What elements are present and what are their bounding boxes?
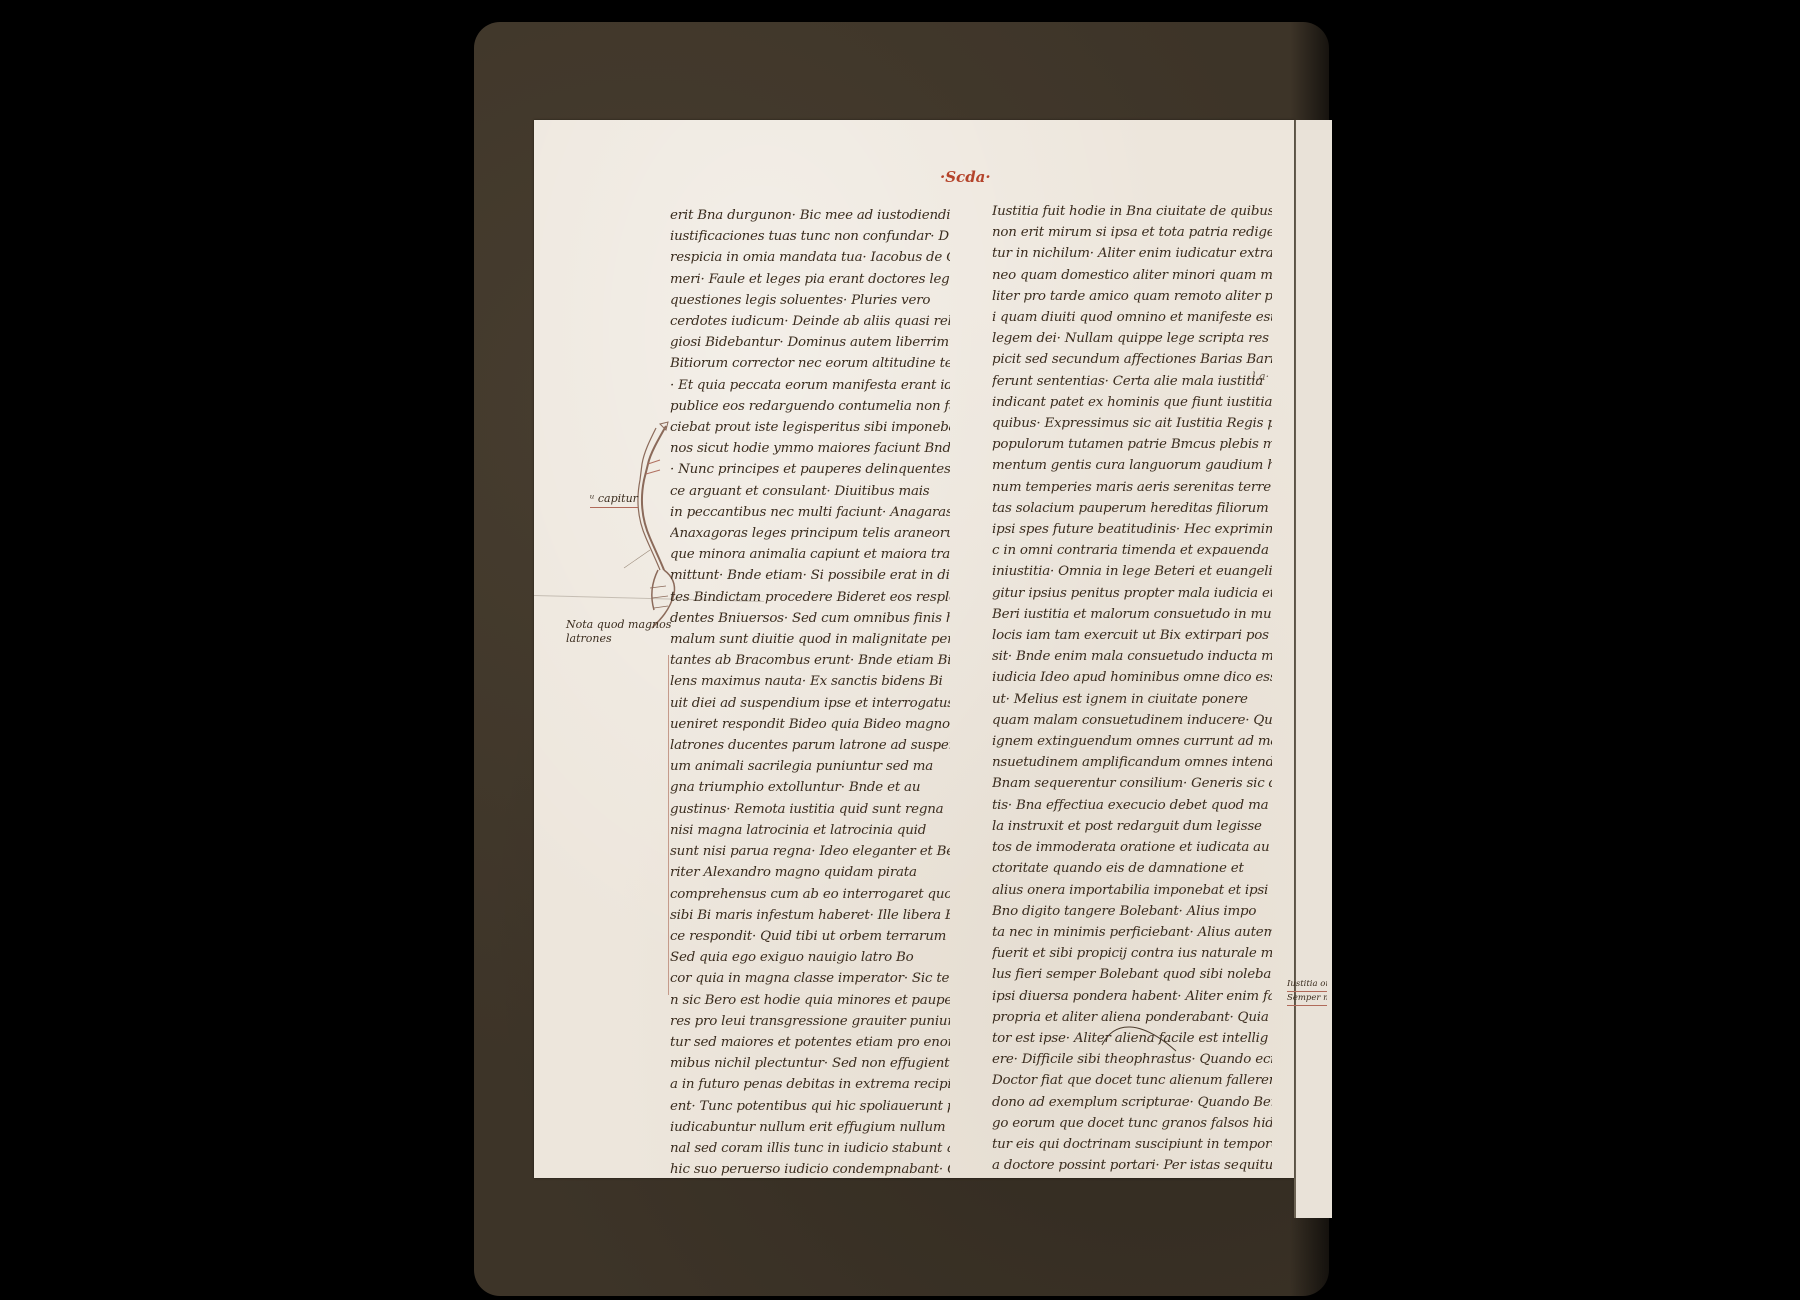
- text-line: ueniret respondit Bideo quia Bideo magno…: [670, 714, 950, 735]
- text-line: hic suo peruerso iudicio condempnabant· …: [670, 1159, 950, 1180]
- text-line: neo quam domestico aliter minori quam ma…: [992, 265, 1272, 286]
- running-head: ·Scda·: [940, 168, 991, 186]
- text-line: latrones ducentes parum latrone ad suspe…: [670, 735, 950, 756]
- text-line: iudicabuntur nullum erit effugium nullum…: [670, 1117, 950, 1138]
- text-line: cerdotes iudicum· Deinde ab aliis quasi …: [670, 311, 950, 332]
- text-line: tantes ab Bracombus erunt· Bnde etiam Bi: [670, 650, 950, 671]
- text-line: Beri iustitia et malorum consuetudo in m…: [992, 604, 1272, 625]
- text-line: malum sunt diuitie quod in malignitate p…: [670, 629, 950, 650]
- text-line: sibi Bi maris infestum haberet· Ille lib…: [670, 905, 950, 926]
- text-line: comprehensus cum ab eo interrogaret quod: [670, 884, 950, 905]
- text-line: tur sed maiores et potentes etiam pro en…: [670, 1032, 950, 1053]
- text-line: tas solacium pauperum hereditas filiorum…: [992, 498, 1272, 519]
- text-line: c in omni contraria timenda et expauenda…: [992, 540, 1272, 561]
- text-line: indicant patet ex hominis que fiunt iust…: [992, 392, 1272, 413]
- text-line: ipsi diuersa pondera habent· Aliter enim…: [992, 986, 1272, 1007]
- text-line: gitur ipsius penitus propter mala iudici…: [992, 583, 1272, 604]
- text-line: Anaxagoras leges principum telis araneor…: [670, 523, 950, 544]
- text-line: quam malam consuetudinem inducere· Quia …: [992, 710, 1272, 731]
- text-line: liter pro tarde amico quam remoto aliter…: [992, 286, 1272, 307]
- text-line: populorum tutamen patrie Bmcus plebis mu…: [992, 434, 1272, 455]
- text-line: nos sicut hodie ymmo maiores faciunt Bnd…: [670, 438, 950, 459]
- text-line: Bno digito tangere Bolebant· Alius impo: [992, 901, 1272, 922]
- text-line: quibus· Expressimus sic ait Iustitia Reg…: [992, 413, 1272, 434]
- text-line: fuerit et sibi propicij contra ius natur…: [992, 943, 1272, 964]
- text-line: ipsi spes future beatitudinis· Hec expri…: [992, 519, 1272, 540]
- text-line: dono ad exemplum scripturae· Quando Bero…: [992, 1092, 1272, 1113]
- text-line: lens maximus nauta· Ex sanctis bidens Bi: [670, 671, 950, 692]
- text-line: sunt nisi parua regna· Ideo eleganter et…: [670, 841, 950, 862]
- text-line: a doctore possint portari· Per istas seq…: [992, 1155, 1272, 1176]
- text-line: cor quia in magna classe imperator· Sic …: [670, 968, 950, 989]
- text-line: · Et quia peccata eorum manifesta erant …: [670, 375, 950, 396]
- text-line: mentum gentis cura languorum gaudium hom…: [992, 455, 1272, 476]
- flourish-icon: [1100, 1015, 1180, 1055]
- text-line: Iustitia fuit hodie in Bna ciuitate de q…: [992, 201, 1272, 222]
- text-line: picit sed secundum affectiones Barias Ba…: [992, 349, 1272, 370]
- text-line: ce arguant et consulant· Diuitibus mais: [670, 481, 950, 502]
- text-line: questiones legis soluentes· Pluries vero: [670, 290, 950, 311]
- text-line: res pro leui transgressione grauiter pun…: [670, 1011, 950, 1032]
- text-line: publice eos redarguendo contumelia non f…: [670, 396, 950, 417]
- text-line: iniustitia· Omnia in lege Beteri et euan…: [992, 561, 1272, 582]
- text-line: mibus nichil plectuntur· Sed non effugie…: [670, 1053, 950, 1074]
- text-line: la instruxit et post redarguit dum legis…: [992, 816, 1272, 837]
- text-line: Sed quia ego exiguo nauigio latro Bo: [670, 947, 950, 968]
- text-line: nsuetudinem amplificandum omnes intendun…: [992, 752, 1272, 773]
- text-line: · Nunc principes et pauperes delinquente…: [670, 459, 950, 480]
- text-line: ce respondit· Quid tibi ut orbem terraru…: [670, 926, 950, 947]
- text-line: gna triumphio extolluntur· Bnde et au: [670, 777, 950, 798]
- text-line: riter Alexandro magno quidam pirata: [670, 862, 950, 883]
- text-line: n sic Bero est hodie quia minores et pau…: [670, 990, 950, 1011]
- text-line: iudicia Ideo apud hominibus omne dico es…: [992, 667, 1272, 688]
- text-line: iustificaciones tuas tunc non confundar·…: [670, 226, 950, 247]
- next-leaf-margin-note: Iustitia ora Semper mala: [1287, 978, 1327, 1006]
- text-line: alius onera importabilia imponebat et ip…: [992, 880, 1272, 901]
- text-line: sit· Bnde enim mala consuetudo inducta m…: [992, 646, 1272, 667]
- text-line: um animali sacrilegia puniuntur sed ma: [670, 756, 950, 777]
- text-line: tes Bindictam procedere Bideret eos resp…: [670, 587, 950, 608]
- text-column-left: erit Bna durgunon· Bic mee ad iustodiend…: [670, 205, 950, 1180]
- text-line: ut· Melius est ignem in ciuitate ponere: [992, 689, 1272, 710]
- text-line: i quam diuiti quod omnino et manifeste e…: [992, 307, 1272, 328]
- text-line: meri· Faule et leges pia erant doctores …: [670, 269, 950, 290]
- text-line: Bitiorum corrector nec eorum altitudine …: [670, 353, 950, 374]
- margin-note-line: Nota quod magnos: [566, 618, 671, 632]
- margin-note-line: Iustitia ora: [1287, 978, 1327, 992]
- text-line: in peccantibus nec multi faciunt· Anagar…: [670, 502, 950, 523]
- text-line: ent· Tunc potentibus qui hic spoliauerun…: [670, 1096, 950, 1117]
- text-line: Doctor fiat que docet tunc alienum falle…: [992, 1070, 1272, 1091]
- margin-note-line: Semper mala: [1287, 992, 1327, 1006]
- text-line: uit diei ad suspendium ipse et interroga…: [670, 693, 950, 714]
- text-line: locis iam tam exercuit ut Bix extirpari …: [992, 625, 1272, 646]
- text-line: gustinus· Remota iustitia quid sunt regn…: [670, 799, 950, 820]
- text-line: mittunt· Bnde etiam· Si possibile erat i…: [670, 565, 950, 586]
- margin-note-nota: Nota quod magnos latrones: [566, 618, 671, 646]
- next-folio-edge: [1294, 120, 1332, 1218]
- text-line: lus fieri semper Bolebant quod sibi nole…: [992, 964, 1272, 985]
- text-line: giosi Bidebantur· Dominus autem liberrim…: [670, 332, 950, 353]
- margin-note-line: latrones: [566, 632, 671, 646]
- text-line: ferunt sententias· Certa alie mala iusti…: [992, 371, 1272, 392]
- text-line: non erit mirum si ipsa et tota patria re…: [992, 222, 1272, 243]
- text-line: ignem extinguendum omnes currunt ad mala…: [992, 731, 1272, 752]
- text-line: go eorum que docet tunc granos falsos hi…: [992, 1113, 1272, 1134]
- text-line: ta nec in minimis perficiebant· Alius au…: [992, 922, 1272, 943]
- text-line: dentes Bniuersos· Sed cum omnibus finis …: [670, 608, 950, 629]
- text-line: tur in nichilum· Aliter enim iudicatur e…: [992, 243, 1272, 264]
- margin-note-capitur: ᵘ capitur: [590, 492, 638, 508]
- text-line: ciebat prout iste legisperitus sibi impo…: [670, 417, 950, 438]
- text-line: ctoritate quando eis de damnatione et: [992, 858, 1272, 879]
- marginal-ruling-line: [668, 655, 669, 995]
- text-line: respicia in omia mandata tua· Iacobus de…: [670, 247, 950, 268]
- text-line: erit Bna durgunon· Bic mee ad iustodiend…: [670, 205, 950, 226]
- text-line: nal sed coram illis tunc in iudicio stab…: [670, 1138, 950, 1159]
- text-line: nisi magna latrocinia et latrocinia quid: [670, 820, 950, 841]
- text-line: Bnam sequerentur consilium· Generis sic …: [992, 773, 1272, 794]
- text-line: tis· Bna effectiua execucio debet quod m…: [992, 795, 1272, 816]
- text-line: num temperies maris aeris serenitas terr…: [992, 477, 1272, 498]
- text-line: tur eis qui doctrinam suscipiunt in temp…: [992, 1134, 1272, 1155]
- text-line: tos de immoderata oratione et iudicata a…: [992, 837, 1272, 858]
- text-line: a in futuro penas debitas in extrema rec…: [670, 1074, 950, 1095]
- text-line: legem dei· Nullam quippe lege scripta re…: [992, 328, 1272, 349]
- text-line: que minora animalia capiunt et maiora tr…: [670, 544, 950, 565]
